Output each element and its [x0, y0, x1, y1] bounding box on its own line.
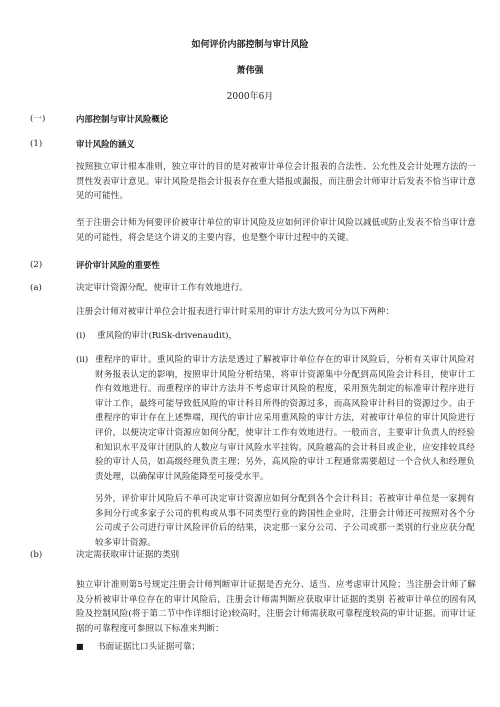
subsection-marker: (2) — [30, 258, 42, 273]
subsection-heading: 审计风险的涵义 — [76, 137, 135, 152]
document-page: 如何评价内部控制与审计风险 萧伟强 2000年6月 (一) 内部控制与审计风险概… — [0, 0, 500, 707]
item-marker: (a) — [30, 281, 42, 296]
document-author: 萧伟强 — [0, 64, 500, 79]
item-marker: (b) — [30, 548, 42, 563]
document-date: 2000年6月 — [0, 90, 500, 105]
document-title: 如何评价内部控制与审计风险 — [0, 38, 500, 53]
section-heading: 内部控制与审计风险概论 — [76, 112, 168, 127]
subsection-marker: (1) — [30, 137, 42, 152]
paragraph: 按照独立审计根本准则，独立审计的目的是对被审计单位会计报表的合法性、公允性及会计… — [76, 160, 476, 204]
bullet-text: 书面证据比口头证据可靠； — [97, 640, 200, 655]
section-marker: (一) — [30, 112, 45, 127]
subsection-heading: 评价审计风险的重要性 — [76, 258, 160, 273]
list-item-label: (i) — [76, 329, 85, 344]
paragraph: 独立审计准则第5号规定注册会计师判断审计证据是否充分、适当、应考虑审计风险；当注… — [76, 578, 476, 636]
list-item-label: (ii) — [76, 353, 88, 368]
paragraph: 另外，评价审计风险后不单可决定审计资源应如何分配到各个会计科目；若被审计单位是一… — [95, 492, 475, 550]
bullet-square-icon: ■ — [76, 640, 84, 655]
item-heading: 决定需获取审计证据的类别 — [76, 548, 179, 563]
paragraph: 至于注册会计师为何要评价被审计单位的审计风险及应如何评价审计风险以减低或防止发表… — [76, 216, 476, 245]
list-item-text: 重风险的审计(RiSk-drivenaudit)， — [97, 329, 237, 344]
paragraph: 注册会计师对被审计单位会计报表进行审计时采用的审计方法大致可分为以下两种： — [76, 305, 394, 320]
list-item-text: 重程序的审计。重风险的审计方法是透过了解被审计单位存在的审计风险后，分析有关审计… — [95, 353, 475, 484]
item-heading: 决定审计资源分配，使审计工作有效地进行。 — [76, 281, 248, 296]
